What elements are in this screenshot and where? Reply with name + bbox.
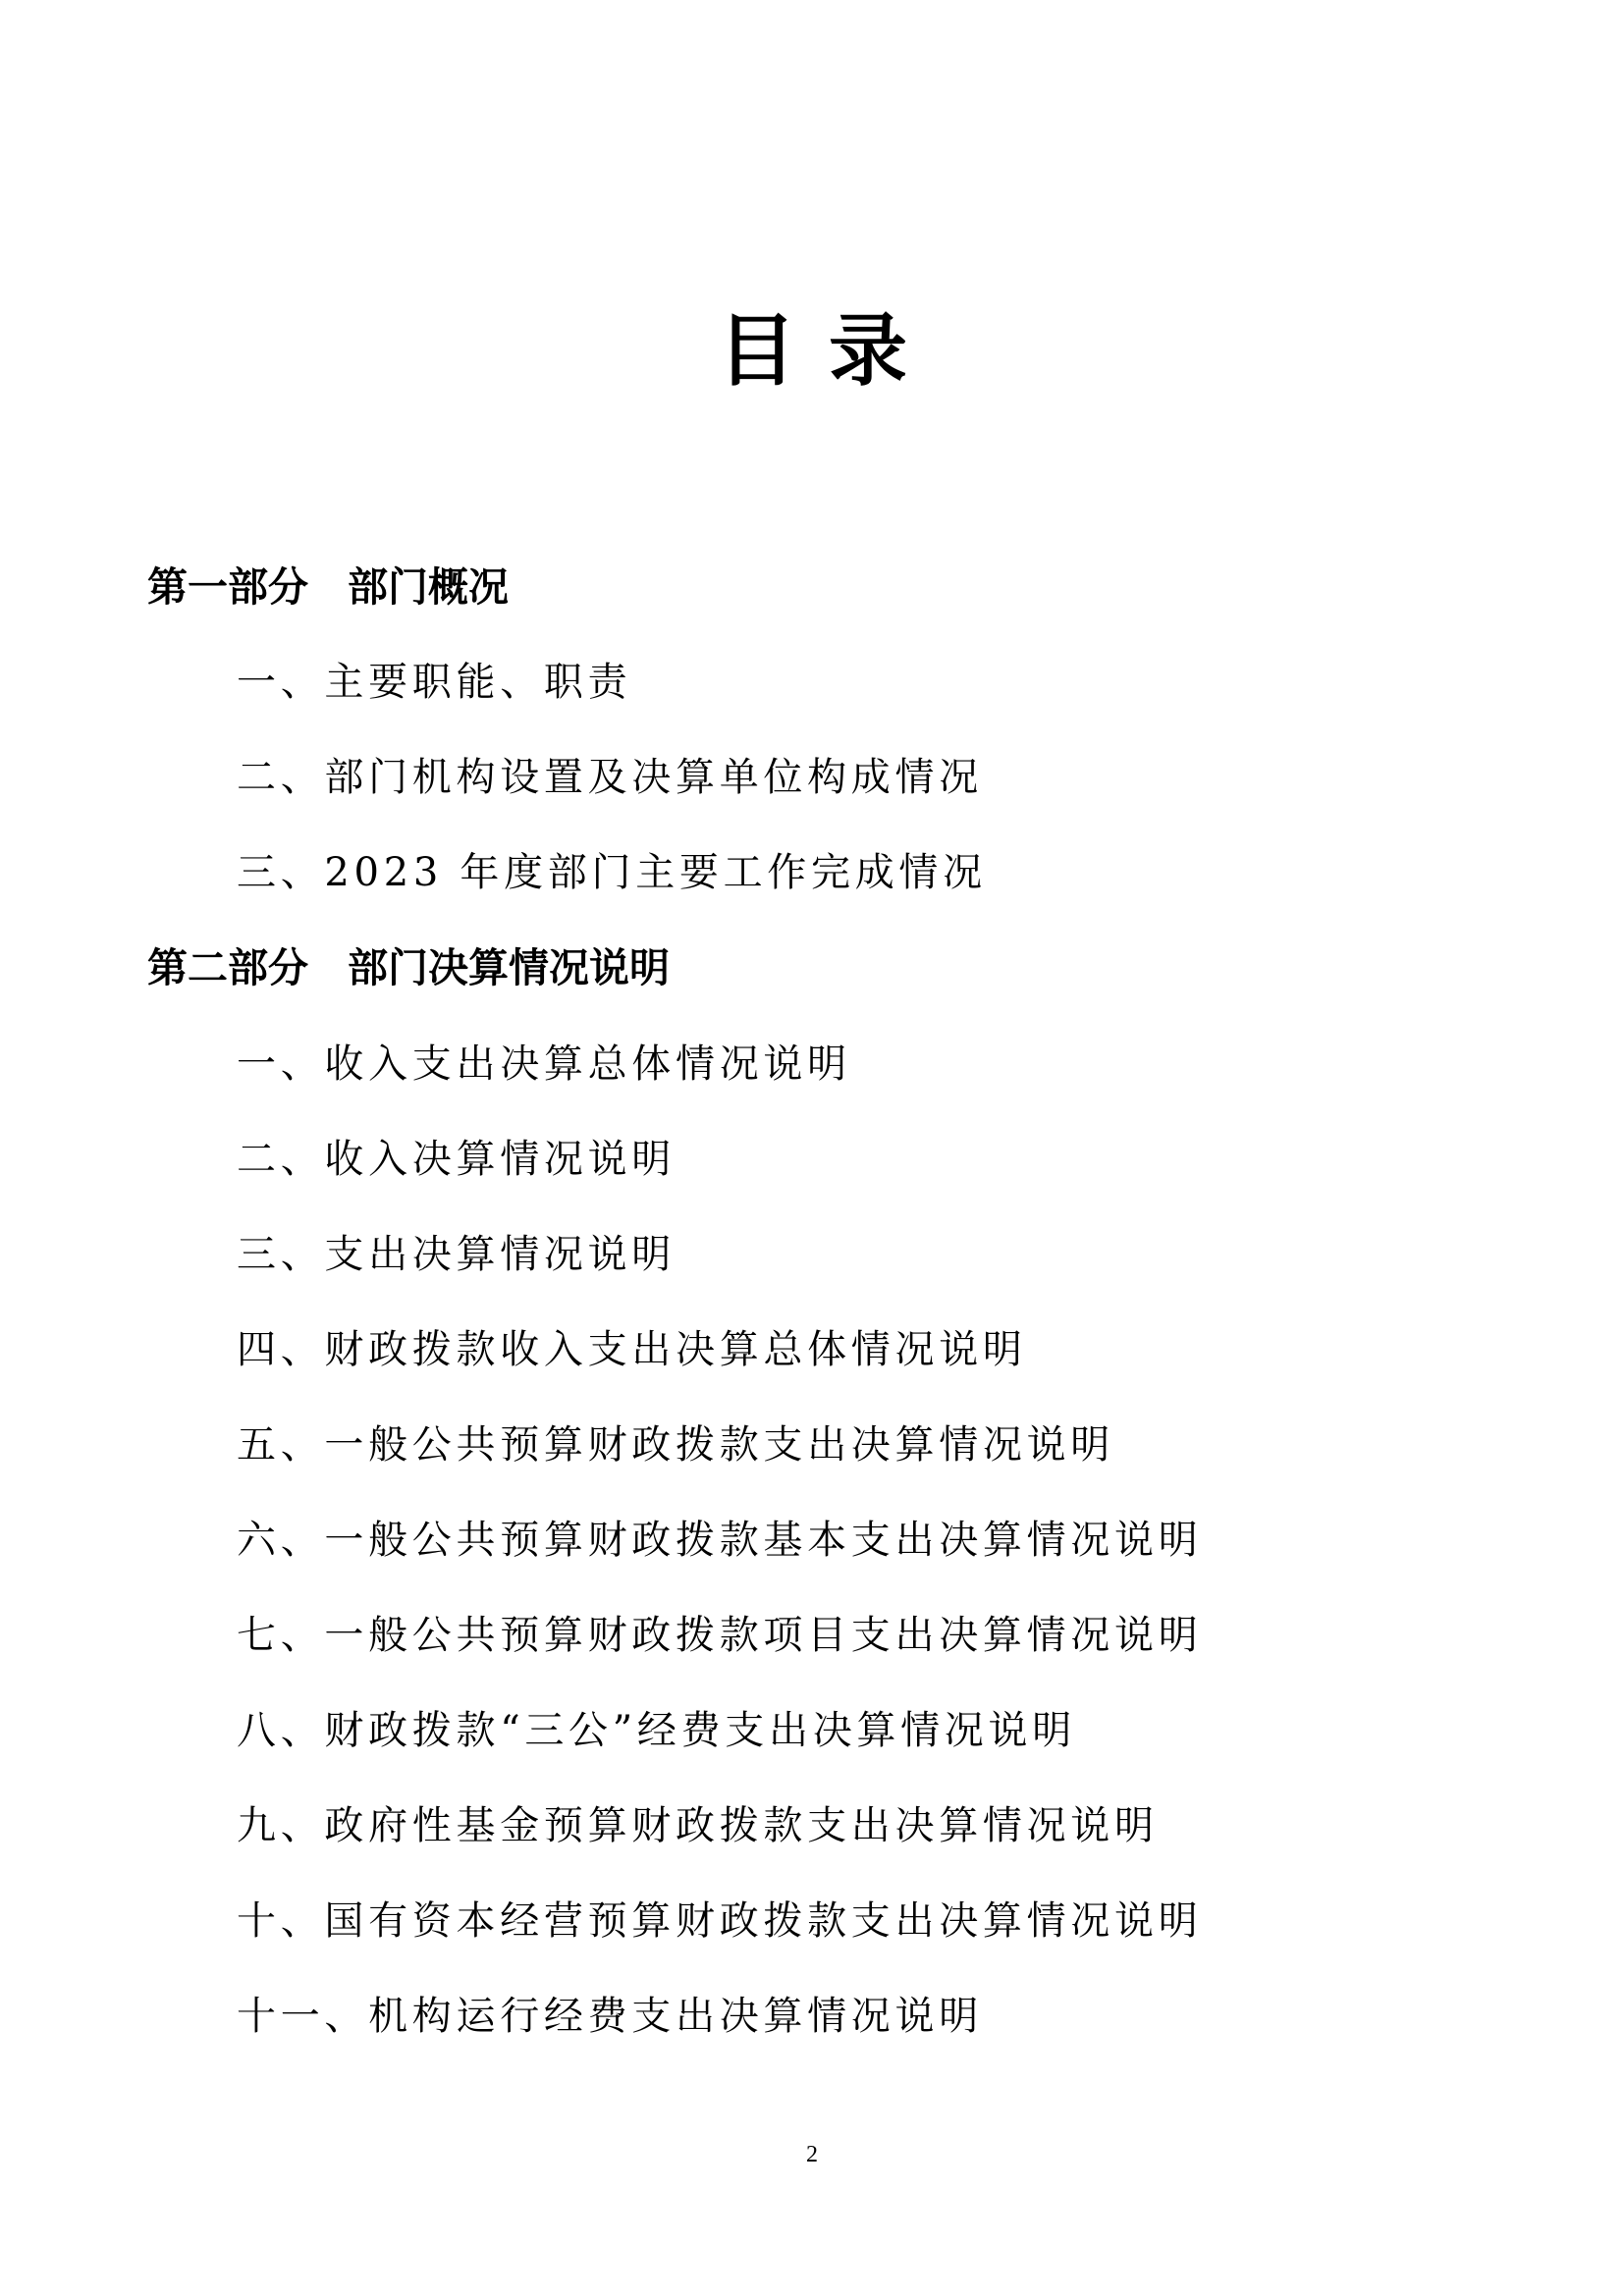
part-number: 第一部分 [147,555,308,613]
page-title: 目 录 [0,308,1624,393]
toc-item[interactable]: 一、主要职能、职责 [0,631,1624,726]
part-number: 第二部分 [147,935,308,993]
toc-item[interactable]: 八、财政拨款“三公”经费支出决算情况说明 [0,1680,1624,1775]
toc-item[interactable]: 一、收入支出决算总体情况说明 [0,1012,1624,1107]
toc-item[interactable]: 九、政府性基金预算财政拨款支出决算情况说明 [0,1775,1624,1870]
toc-item[interactable]: 二、收入决算情况说明 [0,1108,1624,1203]
toc-item[interactable]: 三、支出决算情况说明 [0,1203,1624,1299]
toc-item[interactable]: 二、部门机构设置及决算单位构成情况 [0,726,1624,822]
toc-item[interactable]: 五、一般公共预算财政拨款支出决算情况说明 [0,1394,1624,1489]
part-title: 部门概况 [348,555,509,613]
toc-item[interactable]: 六、一般公共预算财政拨款基本支出决算情况说明 [0,1489,1624,1584]
toc-item[interactable]: 四、财政拨款收入支出决算总体情况说明 [0,1299,1624,1394]
toc-item[interactable]: 七、一般公共预算财政拨款项目支出决算情况说明 [0,1584,1624,1680]
toc-item[interactable]: 三、2023 年度部门主要工作完成情况 [0,822,1624,917]
title-char: 录 [826,308,910,393]
document-page: 目 录 第一部分部门概况 一、主要职能、职责 二、部门机构设置及决算单位构成情况… [0,0,1624,2296]
toc-part-heading[interactable]: 第二部分部门决算情况说明 [0,917,1624,1012]
toc-item[interactable]: 十、国有资本经营预算财政拨款支出决算情况说明 [0,1870,1624,1965]
toc-item[interactable]: 十一、机构运行经费支出决算情况说明 [0,1965,1624,2060]
page-number: 2 [0,2140,1624,2169]
toc-part-heading[interactable]: 第一部分部门概况 [0,536,1624,631]
title-char: 目 [715,308,799,393]
table-of-contents: 第一部分部门概况 一、主要职能、职责 二、部门机构设置及决算单位构成情况 三、2… [0,536,1624,2061]
part-title: 部门决算情况说明 [348,935,670,993]
